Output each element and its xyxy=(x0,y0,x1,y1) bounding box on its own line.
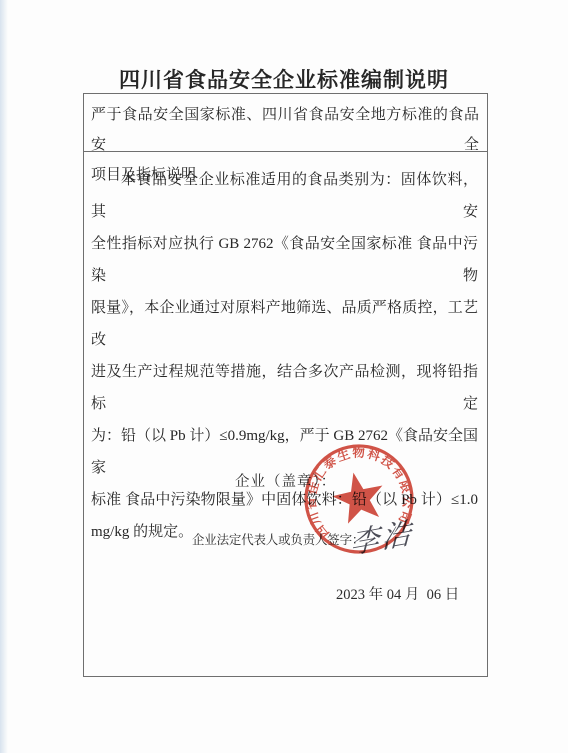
company-seal-graphic: 四川省佳汇泰生物科技有限公司 xyxy=(290,429,428,569)
company-seal: 四川省佳汇泰生物科技有限公司 xyxy=(290,429,428,569)
page-title: 四川省食品安全企业标准编制说明 xyxy=(0,64,568,94)
body-line: 全性指标对应执行 GB 2762《食品安全国家标准 食品中污染物 xyxy=(91,228,478,292)
header-line: 严于食品安全国家标准、四川省食品安全地方标准的食品安全 xyxy=(91,100,479,160)
body-line: 进及生产过程规范等措施，结合多次产品检测，现将铅指标定 xyxy=(91,356,478,420)
body-line: 本食品安全企业标准适用的食品类别为：固体饮料，其安 xyxy=(91,164,478,228)
document-date: 2023 年 04 月 06 日 xyxy=(336,583,459,604)
star-icon xyxy=(328,467,388,525)
scan-edge-shadow xyxy=(0,0,8,753)
table-header-cell: 严于食品安全国家标准、四川省食品安全地方标准的食品安全 项目及指标说明 xyxy=(84,94,487,152)
scanned-document-page: 四川省食品安全企业标准编制说明 严于食品安全国家标准、四川省食品安全地方标准的食… xyxy=(0,0,568,753)
body-line: 限量》，本企业通过对原料产地筛选、品质严格质控，工艺改 xyxy=(91,292,478,356)
